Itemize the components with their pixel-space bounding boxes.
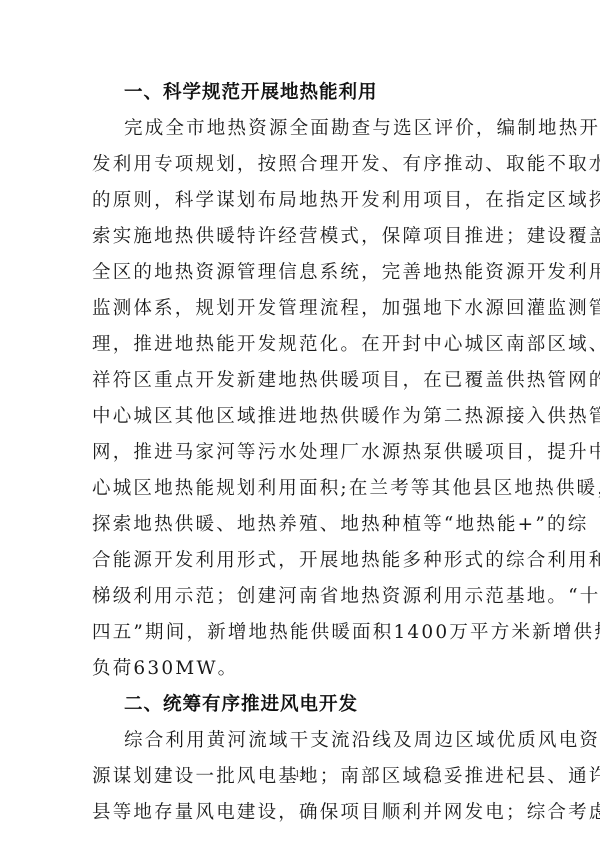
- paragraph-line: 负荷630MW。: [92, 651, 496, 687]
- paragraph-line: 全区的地热资源管理信息系统，完善地热能资源开发利用: [92, 255, 496, 291]
- paragraph-line: 监测体系，规划开发管理流程，加强地下水源回灌监测管: [92, 291, 496, 327]
- section-heading-2: 二、统筹有序推进风电开发: [92, 687, 496, 723]
- paragraph-line: 中心城区其他区域推进地热供暖作为第二热源接入供热管: [92, 399, 496, 435]
- section-heading-1: 一、科学规范开展地热能利用: [92, 75, 496, 111]
- paragraph-line: 理，推进地热能开发规范化。在开封中心城区南部区域、: [92, 327, 496, 363]
- paragraph-line: 合能源开发利用形式，开展地热能多种形式的综合利用和: [92, 543, 496, 579]
- paragraph-line: 心城区地热能规划利用面积;在兰考等其他县区地热供暖，: [92, 471, 496, 507]
- paragraph-line: 完成全市地热资源全面勘查与选区评价，编制地热开: [92, 111, 496, 147]
- page-number: 13: [0, 768, 600, 780]
- paragraph-line: 综合利用黄河流域干支流沿线及周边区域优质风电资: [92, 723, 496, 759]
- paragraph-line: 梯级利用示范；创建河南省地热资源利用示范基地。“十: [92, 579, 496, 615]
- paragraph-line: 探索地热供暖、地热养殖、地热种植等“地热能+”的综: [92, 507, 496, 543]
- paragraph-line: 县等地存量风电建设，确保项目顺利并网发电；综合考虑: [92, 795, 496, 831]
- document-body: 一、科学规范开展地热能利用 完成全市地热资源全面勘查与选区评价，编制地热开 发利…: [92, 75, 496, 831]
- paragraph-line: 祥符区重点开发新建地热供暖项目，在已覆盖供热管网的: [92, 363, 496, 399]
- document-page: 一、科学规范开展地热能利用 完成全市地热资源全面勘查与选区评价，编制地热开 发利…: [0, 0, 600, 848]
- paragraph-line: 网，推进马家河等污水处理厂水源热泵供暖项目，提升中: [92, 435, 496, 471]
- paragraph-line: 四五”期间，新增地热能供暖面积1400万平方米新增供热: [92, 615, 496, 651]
- paragraph-line: 索实施地热供暖特许经营模式，保障项目推进；建设覆盖: [92, 219, 496, 255]
- paragraph-line: 的原则，科学谋划布局地热开发利用项目，在指定区域探: [92, 183, 496, 219]
- paragraph-line: 发利用专项规划，按照合理开发、有序推动、取能不取水: [92, 147, 496, 183]
